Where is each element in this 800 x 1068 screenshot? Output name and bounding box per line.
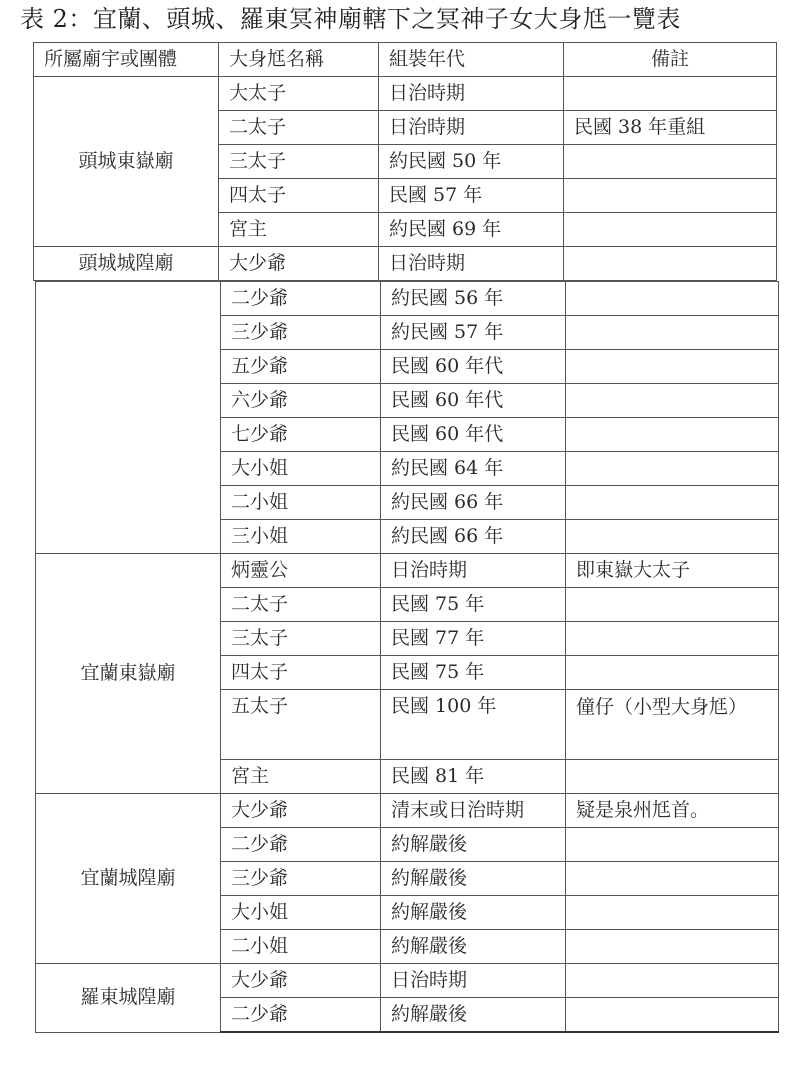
assembly-year: 約民國 50 年 — [379, 145, 564, 179]
remark — [566, 418, 779, 452]
remark — [566, 452, 779, 486]
remark — [564, 77, 777, 111]
remark: 僮仔（小型大身尪） — [566, 690, 779, 760]
figure-name: 大小姐 — [221, 896, 381, 930]
table-row: 宜蘭東嶽廟 炳靈公 日治時期 即東嶽大太子 — [36, 554, 779, 588]
figure-name: 三少爺 — [221, 316, 381, 350]
figure-name: 三太子 — [221, 622, 381, 656]
figure-name: 大小姐 — [221, 452, 381, 486]
remark: 即東嶽大太子 — [566, 554, 779, 588]
figure-name: 大太子 — [219, 77, 379, 111]
assembly-year: 約解嚴後 — [381, 930, 566, 964]
header-temple: 所屬廟宇或團體 — [34, 43, 219, 77]
assembly-year: 民國 81 年 — [381, 760, 566, 794]
temple-name: 宜蘭城隍廟 — [36, 794, 221, 964]
remark — [566, 862, 779, 896]
remark — [566, 760, 779, 794]
assembly-year: 約民國 57 年 — [381, 316, 566, 350]
figure-name: 大少爺 — [219, 247, 379, 281]
remark — [566, 930, 779, 964]
assembly-year: 民國 60 年代 — [381, 384, 566, 418]
header-remarks: 備註 — [564, 43, 777, 77]
temple-name: 頭城城隍廟 — [34, 247, 219, 281]
remark — [566, 316, 779, 350]
assembly-year: 日治時期 — [379, 111, 564, 145]
remark — [566, 350, 779, 384]
figure-name: 七少爺 — [221, 418, 381, 452]
temple-name: 宜蘭東嶽廟 — [36, 554, 221, 794]
remark: 民國 38 年重組 — [564, 111, 777, 145]
assembly-year: 約民國 56 年 — [381, 282, 566, 316]
assembly-year: 約解嚴後 — [381, 862, 566, 896]
assembly-year: 日治時期 — [381, 964, 566, 998]
figure-name: 二少爺 — [221, 282, 381, 316]
figure-name: 炳靈公 — [221, 554, 381, 588]
table-row: 羅東城隍廟 大少爺 日治時期 — [36, 964, 779, 998]
figure-name: 二少爺 — [221, 998, 381, 1033]
figure-name: 三小姐 — [221, 520, 381, 554]
assembly-year: 民國 60 年代 — [381, 350, 566, 384]
temple-table-upper: 所屬廟宇或團體 大身尪名稱 組裝年代 備註 頭城東嶽廟 大太子 日治時期 二太子… — [33, 42, 777, 281]
table-row: 宜蘭城隍廟 大少爺 清末或日治時期 疑是泉州尪首。 — [36, 794, 779, 828]
figure-name: 三少爺 — [221, 862, 381, 896]
assembly-year: 約解嚴後 — [381, 828, 566, 862]
assembly-year: 日治時期 — [379, 77, 564, 111]
remark — [566, 998, 779, 1033]
figure-name: 二太子 — [221, 588, 381, 622]
remark: 疑是泉州尪首。 — [566, 794, 779, 828]
figure-name: 六少爺 — [221, 384, 381, 418]
remark — [564, 179, 777, 213]
header-row: 所屬廟宇或團體 大身尪名稱 組裝年代 備註 — [34, 43, 777, 77]
temple-name: 頭城東嶽廟 — [34, 77, 219, 247]
figure-name: 宮主 — [219, 213, 379, 247]
assembly-year: 民國 75 年 — [381, 588, 566, 622]
header-figure-name: 大身尪名稱 — [219, 43, 379, 77]
figure-name: 宮主 — [221, 760, 381, 794]
assembly-year: 日治時期 — [379, 247, 564, 281]
assembly-year: 約民國 69 年 — [379, 213, 564, 247]
assembly-year: 民國 100 年 — [381, 690, 566, 760]
assembly-year: 約解嚴後 — [381, 896, 566, 930]
figure-name: 大少爺 — [221, 964, 381, 998]
table-row: 頭城東嶽廟 大太子 日治時期 — [34, 77, 777, 111]
figure-name: 五太子 — [221, 690, 381, 760]
assembly-year: 清末或日治時期 — [381, 794, 566, 828]
assembly-year: 約民國 66 年 — [381, 486, 566, 520]
figure-name: 五少爺 — [221, 350, 381, 384]
table-caption: 表 2：宜蘭、頭城、羅東冥神廟轄下之冥神子女大身尪一覽表 — [20, 2, 681, 36]
assembly-year: 約民國 64 年 — [381, 452, 566, 486]
temple-table-lower: 二少爺 約民國 56 年 三少爺 約民國 57 年 五少爺 民國 60 年代 六… — [35, 281, 779, 1033]
remark — [566, 896, 779, 930]
remark — [566, 282, 779, 316]
assembly-year: 民國 77 年 — [381, 622, 566, 656]
figure-name: 四太子 — [219, 179, 379, 213]
figure-name: 二少爺 — [221, 828, 381, 862]
assembly-year: 日治時期 — [381, 554, 566, 588]
figure-name: 二小姐 — [221, 486, 381, 520]
remark — [566, 622, 779, 656]
remark — [566, 656, 779, 690]
temple-name: 羅東城隍廟 — [36, 964, 221, 1033]
table-row: 二少爺 約民國 56 年 — [36, 282, 779, 316]
assembly-year: 約民國 66 年 — [381, 520, 566, 554]
figure-name: 三太子 — [219, 145, 379, 179]
figure-name: 二太子 — [219, 111, 379, 145]
remark — [566, 520, 779, 554]
remark — [566, 588, 779, 622]
assembly-year: 民國 60 年代 — [381, 418, 566, 452]
remark — [564, 213, 777, 247]
remark — [566, 828, 779, 862]
assembly-year: 民國 57 年 — [379, 179, 564, 213]
figure-name: 四太子 — [221, 656, 381, 690]
remark — [566, 964, 779, 998]
temple-name-continued — [36, 282, 221, 554]
header-assembly-year: 組裝年代 — [379, 43, 564, 77]
assembly-year: 民國 75 年 — [381, 656, 566, 690]
remark — [564, 145, 777, 179]
remark — [566, 486, 779, 520]
remark — [564, 247, 777, 281]
table-row: 頭城城隍廟 大少爺 日治時期 — [34, 247, 777, 281]
assembly-year: 約解嚴後 — [381, 998, 566, 1033]
figure-name: 二小姐 — [221, 930, 381, 964]
figure-name: 大少爺 — [221, 794, 381, 828]
remark — [566, 384, 779, 418]
